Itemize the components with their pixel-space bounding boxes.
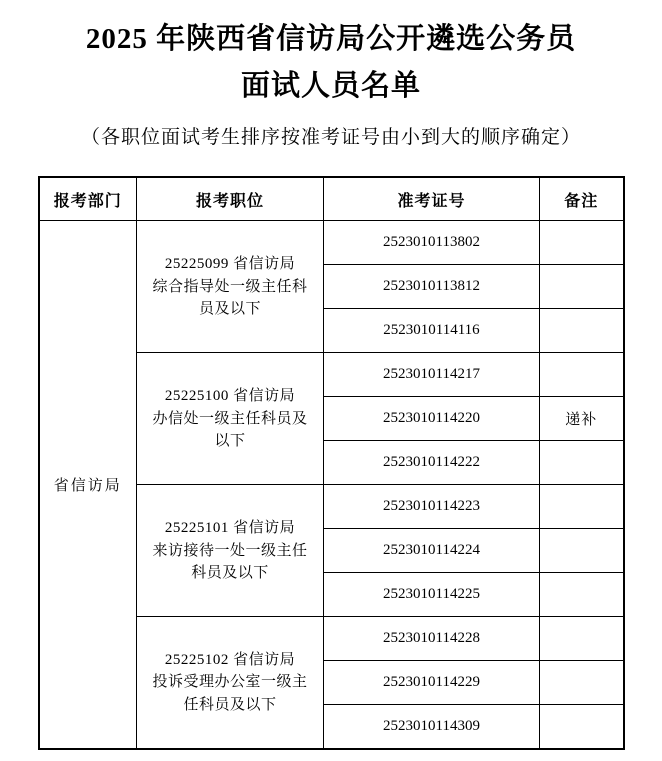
- position-cell-2: 25225100 省信访局 办信处一级主任科员及 以下: [137, 353, 324, 485]
- interview-roster-table: 报考部门 报考职位 准考证号 备注 省信访局 25225099 省信访局 综合指…: [38, 176, 625, 750]
- header-ticket-number: 准考证号: [324, 177, 540, 221]
- position-cell-4: 25225102 省信访局 投诉受理办公室一级主 任科员及以下: [137, 617, 324, 749]
- table-row: 省信访局 25225099 省信访局 综合指导处一级主任科 员及以下 25230…: [39, 221, 624, 265]
- ticket-cell: 2523010114116: [324, 309, 540, 353]
- ticket-cell: 2523010114229: [324, 661, 540, 705]
- table-header-row: 报考部门 报考职位 准考证号 备注: [39, 177, 624, 221]
- remark-cell: [540, 221, 624, 265]
- remark-cell: [540, 573, 624, 617]
- department-cell: 省信访局: [39, 221, 137, 749]
- ticket-cell: 2523010114220: [324, 397, 540, 441]
- ticket-cell: 2523010114223: [324, 485, 540, 529]
- document-subtitle: （各职位面试考生排序按准考证号由小到大的顺序确定）: [0, 122, 662, 149]
- ticket-cell: 2523010114222: [324, 441, 540, 485]
- ticket-cell: 2523010113812: [324, 265, 540, 309]
- ticket-cell: 2523010114225: [324, 573, 540, 617]
- header-remark: 备注: [540, 177, 624, 221]
- remark-cell: [540, 485, 624, 529]
- remark-cell: [540, 661, 624, 705]
- remark-cell: [540, 529, 624, 573]
- ticket-cell: 2523010114309: [324, 705, 540, 749]
- document-title: 2025 年陕西省信访局公开遴选公务员 面试人员名单: [0, 16, 662, 110]
- title-line-2: 面试人员名单: [0, 63, 662, 110]
- ticket-cell: 2523010114224: [324, 529, 540, 573]
- remark-cell: 递补: [540, 397, 624, 441]
- ticket-cell: 2523010114217: [324, 353, 540, 397]
- remark-cell: [540, 705, 624, 749]
- remark-cell: [540, 441, 624, 485]
- ticket-cell: 2523010114228: [324, 617, 540, 661]
- document-page: 2025 年陕西省信访局公开遴选公务员 面试人员名单 （各职位面试考生排序按准考…: [0, 0, 662, 750]
- remark-cell: [540, 309, 624, 353]
- remark-cell: [540, 617, 624, 661]
- title-line-1: 2025 年陕西省信访局公开遴选公务员: [0, 16, 662, 63]
- header-position: 报考职位: [137, 177, 324, 221]
- ticket-cell: 2523010113802: [324, 221, 540, 265]
- remark-cell: [540, 353, 624, 397]
- header-department: 报考部门: [39, 177, 137, 221]
- remark-cell: [540, 265, 624, 309]
- position-cell-3: 25225101 省信访局 来访接待一处一级主任 科员及以下: [137, 485, 324, 617]
- position-cell-1: 25225099 省信访局 综合指导处一级主任科 员及以下: [137, 221, 324, 353]
